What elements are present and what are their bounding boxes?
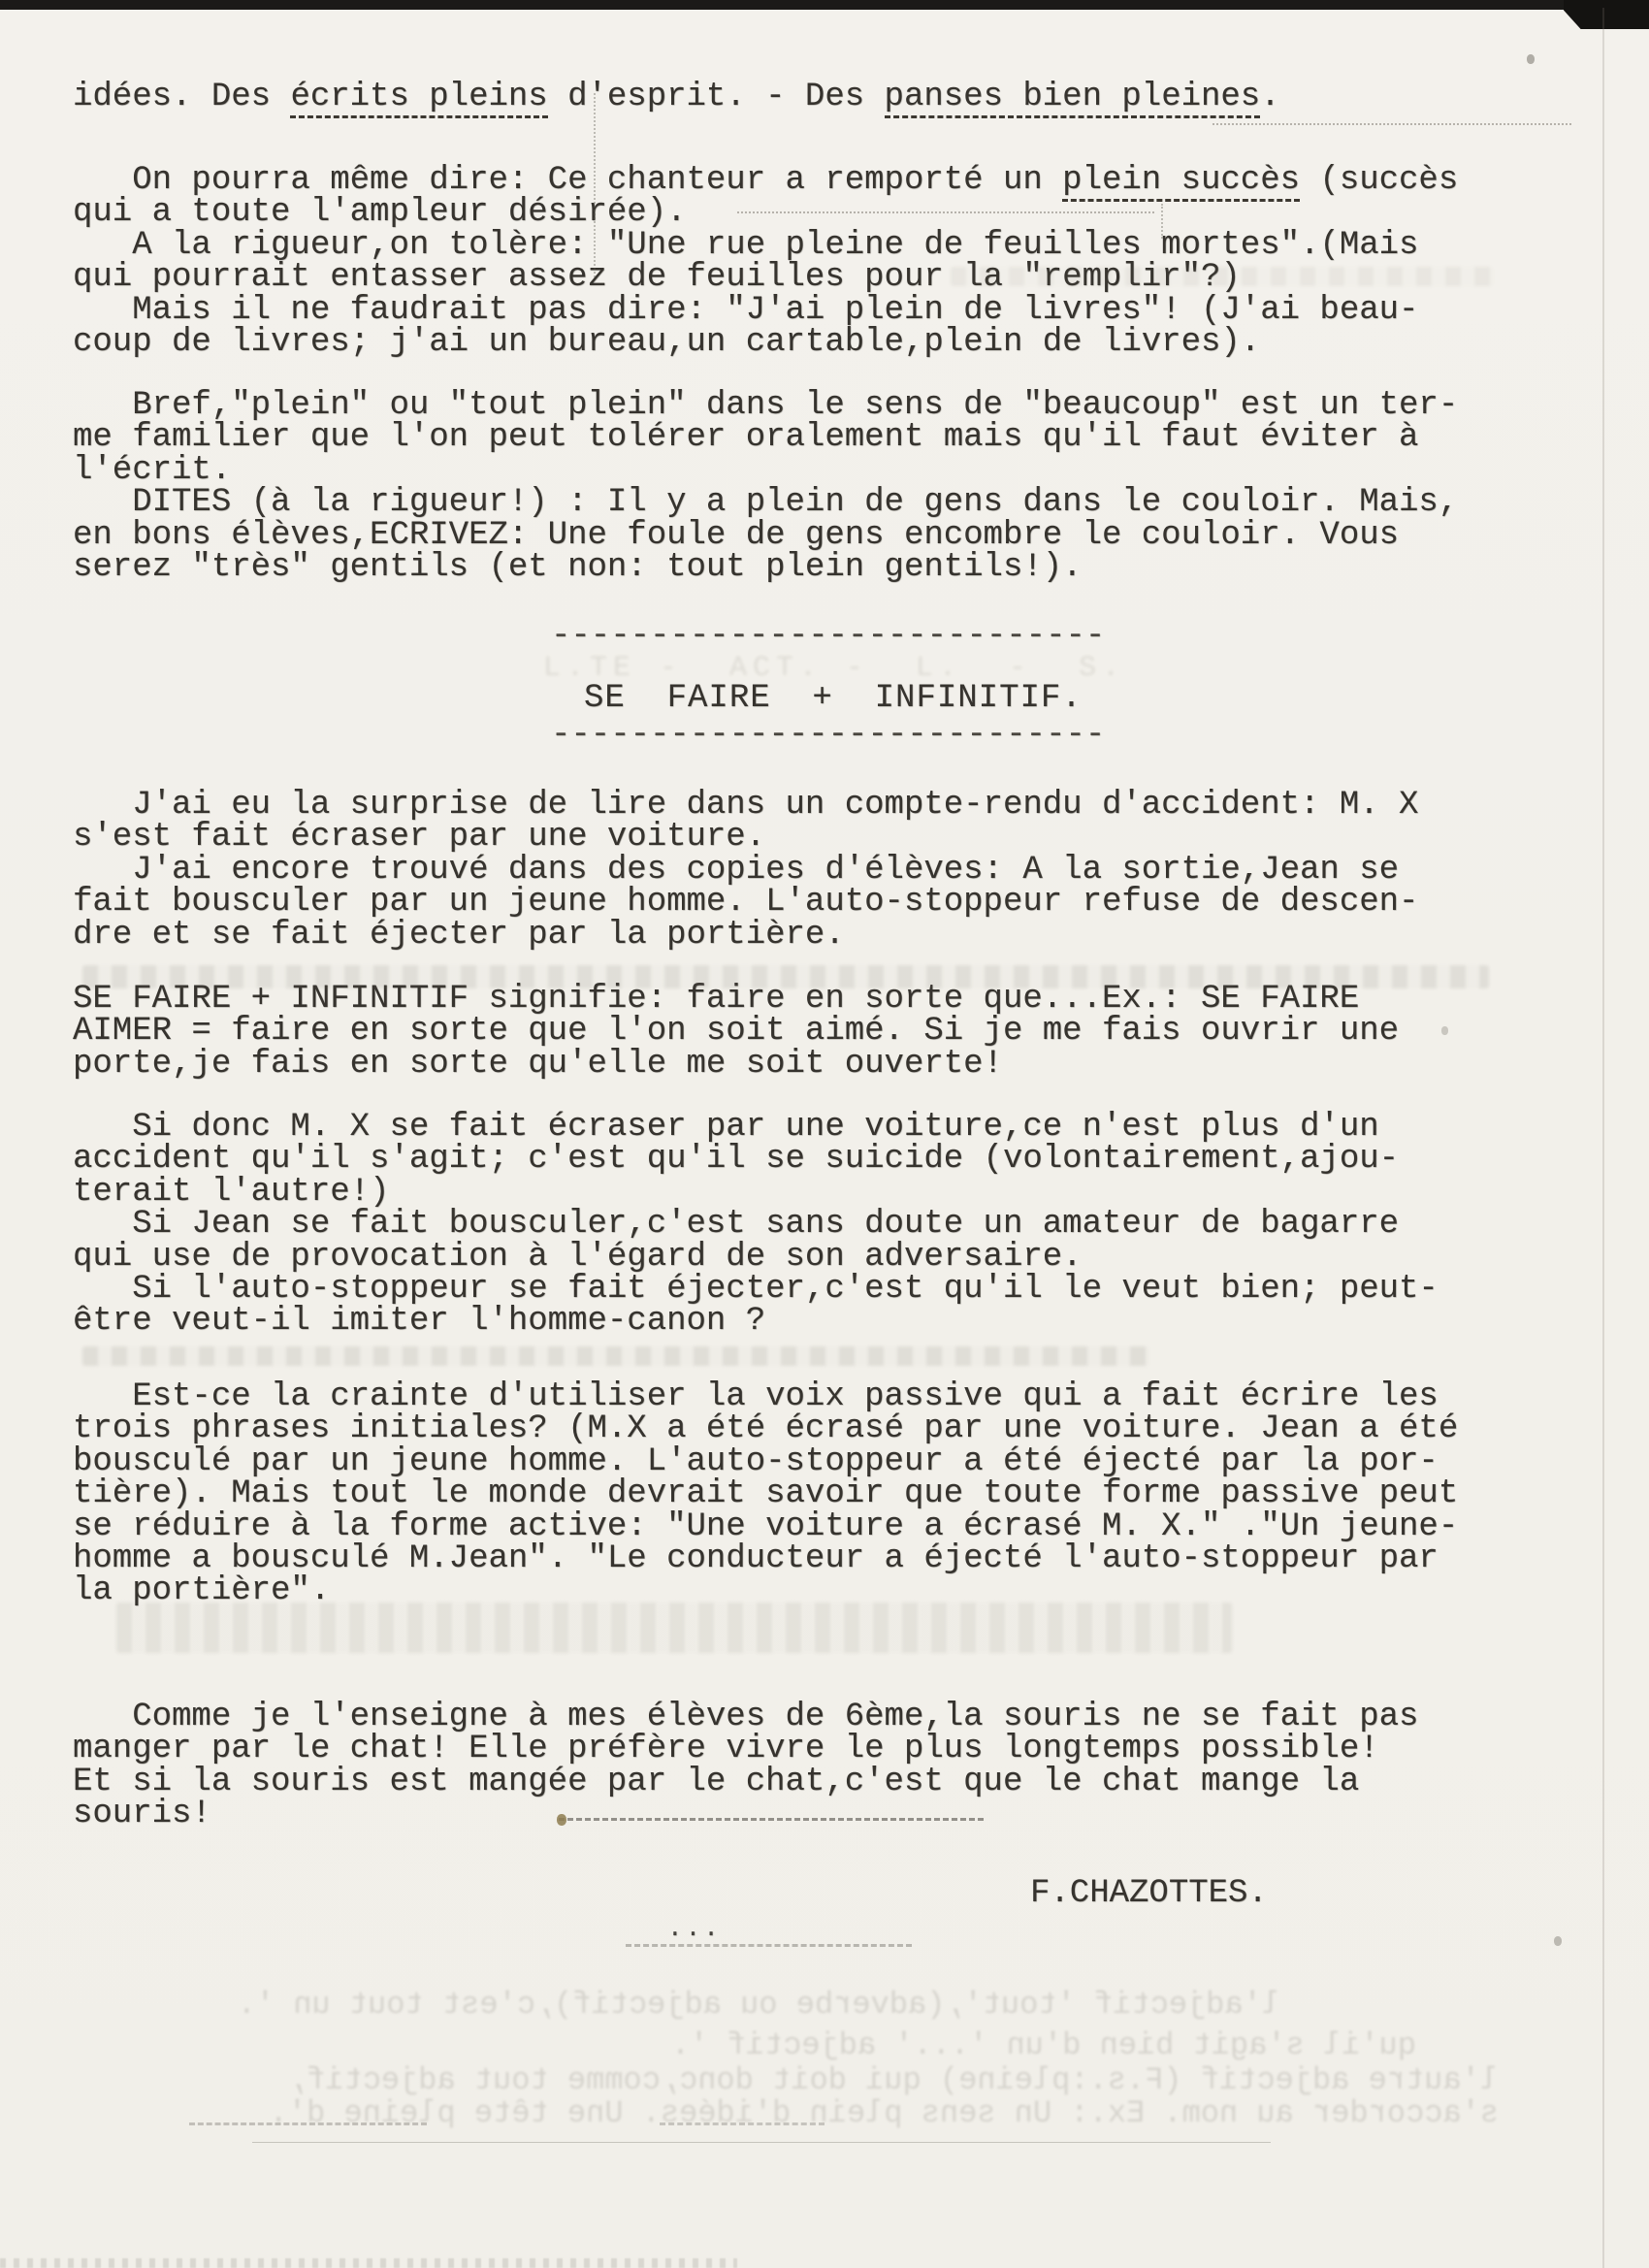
ink-speck — [1441, 1026, 1448, 1035]
bleed-through-line: qu'il s'agit bien d'un '...' adjectif '. — [291, 2027, 1416, 2062]
bleed-through-smudge — [82, 965, 1489, 988]
paragraph-plein-advice: Bref,"plein" ou "tout plein" dans le sen… — [73, 390, 1458, 584]
faint-dashed-rule — [559, 1818, 984, 1821]
paragraph-souris: Comme je l'enseigne à mes élèves de 6ème… — [73, 1701, 1418, 1831]
scan-bottom-noise — [0, 2258, 737, 2268]
bleed-through-smudge — [82, 1346, 1149, 1366]
text-line: Si Jean se fait bousculer,c'est sans dou… — [73, 1209, 1439, 1241]
text-line: se réduire à la forme active: "Une voitu… — [73, 1511, 1458, 1543]
text-line: homme a bousculé M.Jean". "Le conducteur… — [73, 1543, 1458, 1575]
text-line: manger par le chat! Elle préfère vivre l… — [73, 1733, 1418, 1766]
text-line: J'ai encore trouvé dans des copies d'élè… — [73, 855, 1418, 887]
scanned-page: idées. Des écrits pleins d'esprit. - Des… — [0, 0, 1649, 2268]
scan-corner-shadow — [1564, 0, 1649, 29]
text-line: J'ai eu la surprise de lire dans un comp… — [73, 790, 1418, 822]
text-line: dre et se fait éjecter par la portière. — [73, 920, 1418, 952]
text-line: Et si la souris est mangée par le chat,c… — [73, 1766, 1418, 1798]
text-line: être veut-il imiter l'homme-canon ? — [73, 1306, 1439, 1338]
ink-speck — [557, 1814, 566, 1826]
bleed-through-smudge — [951, 267, 1494, 286]
text-line: qui a toute l'ampleur désirée). — [73, 197, 1458, 229]
signature: F.CHAZOTTES. — [1030, 1878, 1268, 1910]
text-line: Comme je l'enseigne à mes élèves de 6ème… — [73, 1701, 1418, 1733]
faint-dashed-rule — [626, 1944, 912, 1947]
text-line: A la rigueur,on tolère: "Une rue pleine … — [73, 230, 1458, 262]
text-line: Si l'auto-stoppeur se fait éjecter,c'est… — [73, 1274, 1439, 1306]
section-heading: SE FAIRE + INFINITIF. — [584, 683, 1083, 715]
ink-speck — [1527, 54, 1535, 64]
faint-dashed-rule — [189, 2122, 427, 2125]
text-line: porte,je fais en sorte qu'elle me soit o… — [73, 1049, 1399, 1081]
paragraph-analysis: Si donc M. X se fait écraser par une voi… — [73, 1112, 1439, 1339]
text-line: AIMER = faire en sorte que l'on soit aim… — [73, 1016, 1399, 1048]
dotted-artifact — [737, 211, 1154, 213]
text-line: me familier que l'on peut tolérer oralem… — [73, 422, 1458, 454]
text-line: tière). Mais tout le monde devrait savoi… — [73, 1478, 1458, 1510]
text-line: Est-ce la crainte d'utiliser la voix pas… — [73, 1381, 1458, 1413]
text-line: accident qu'il s'agit; c'est qu'il se su… — [73, 1144, 1439, 1176]
text-line: idées. Des écrits pleins d'esprit. - Des… — [73, 81, 1280, 113]
end-dots: ... — [667, 1913, 722, 1945]
paragraph-continuation: idées. Des écrits pleins d'esprit. - Des… — [73, 81, 1280, 113]
scan-top-edge — [0, 0, 1649, 10]
text-line: On pourra même dire: Ce chanteur a rempo… — [73, 165, 1458, 197]
bleed-through-line: l'autre adjectif (F.s.:pleine) qui doit … — [73, 2062, 1499, 2097]
text-line: Mais il ne faudrait pas dire: "J'ai plei… — [73, 295, 1458, 327]
text-line: bousculé par un jeune homme. L'auto-stop… — [73, 1446, 1458, 1478]
text-line: coup de livres; j'ai un bureau,un cartab… — [73, 327, 1458, 359]
ink-speck — [1554, 1936, 1562, 1946]
text-line: DITES (à la rigueur!) : Il y a plein de … — [73, 487, 1458, 519]
paragraph-voix-passive: Est-ce la crainte d'utiliser la voix pas… — [73, 1381, 1458, 1608]
faint-hairline — [252, 2142, 1271, 2143]
bleed-through-line: l'adjectif 'tout',(adverbe ou adjectif),… — [78, 1987, 1280, 2022]
text-line: s'est fait écraser par une voiture. — [73, 822, 1418, 854]
text-line: terait l'autre!) — [73, 1177, 1439, 1209]
separator-dashes-bottom: ---------------------------- — [551, 720, 1105, 752]
paper-edge-line — [1602, 8, 1604, 2268]
text-line: Bref,"plein" ou "tout plein" dans le sen… — [73, 390, 1458, 422]
paragraph-definition: SE FAIRE + INFINITIF signifie: faire en … — [73, 984, 1399, 1081]
bleed-through-smudge — [116, 1603, 1232, 1653]
paragraph-plein-examples: On pourra même dire: Ce chanteur a rempo… — [73, 165, 1458, 359]
text-line: souris! — [73, 1798, 1418, 1831]
bleed-through-ghost-heading: L.TE - ACT. - L. - S.N — [543, 652, 1125, 685]
text-line: l'écrit. — [73, 455, 1458, 487]
text-line: qui use de provocation à l'égard de son … — [73, 1242, 1439, 1274]
dotted-artifact-vertical — [594, 93, 596, 277]
text-line: en bons élèves,ECRIVEZ: Une foule de gen… — [73, 520, 1458, 552]
paragraph-surprise-examples: J'ai eu la surprise de lire dans un comp… — [73, 790, 1418, 952]
dotted-artifact — [1212, 123, 1571, 125]
text-line: serez "très" gentils (et non: tout plein… — [73, 552, 1458, 584]
dotted-artifact-vertical — [1161, 204, 1163, 239]
text-line: fait bousculer par un jeune homme. L'aut… — [73, 887, 1418, 919]
separator-dashes-top: ---------------------------- — [551, 621, 1105, 653]
text-line: Si donc M. X se fait écraser par une voi… — [73, 1112, 1439, 1144]
faint-dashed-rule — [660, 2122, 824, 2125]
text-line: SE FAIRE + INFINITIF signifie: faire en … — [73, 984, 1399, 1016]
text-line: trois phrases initiales? (M.X a été écra… — [73, 1413, 1458, 1445]
